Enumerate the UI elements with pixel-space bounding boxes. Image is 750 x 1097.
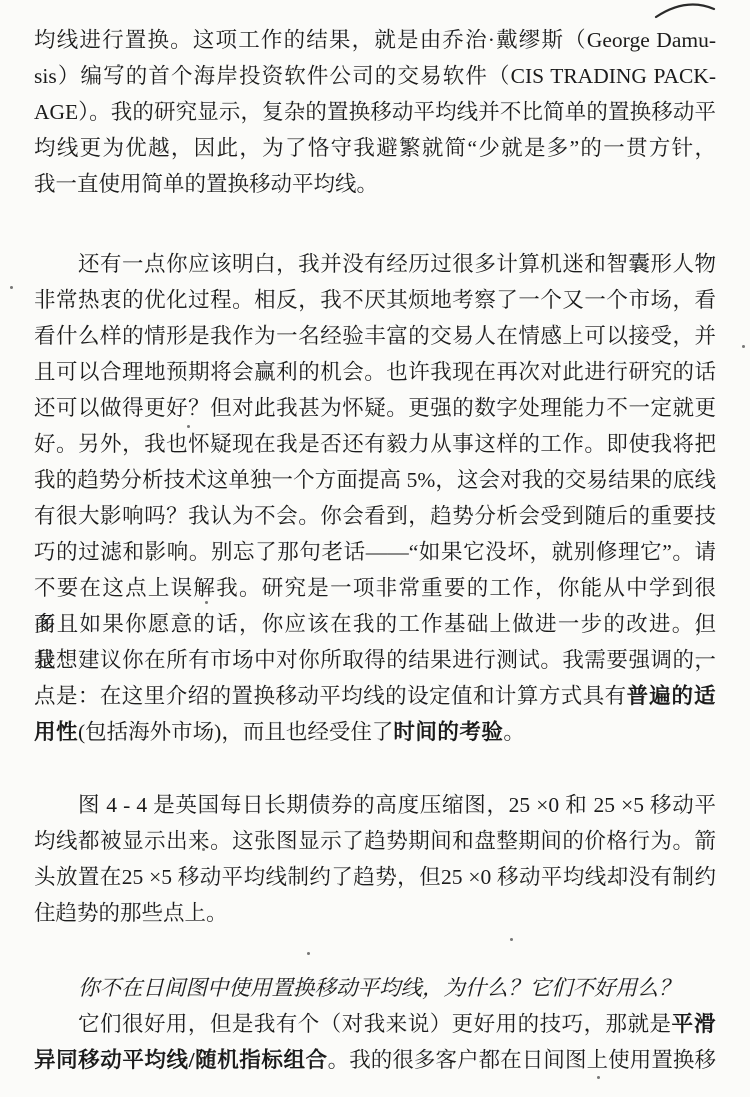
text-line: 好。另外，我也怀疑现在我是否还有毅力从事这样的工作。即使我将把 xyxy=(34,426,716,462)
text-line: 还可以做得更好？但对此我甚为怀疑。更强的数字处理能力不一定就更 xyxy=(34,390,716,426)
text-line: 均线都被显示出来。这张图显示了趋势期间和盘整期间的价格行为。箭 xyxy=(34,823,716,859)
scan-speck xyxy=(202,848,205,851)
text-line: 住趋势的那些点上。 xyxy=(34,895,716,931)
text-line: 均线进行置换。这项工作的结果，就是由乔治·戴缪斯（George Damu- xyxy=(34,22,716,58)
text-line: 巧的过滤和影响。别忘了那句老话——“如果它没坏，就别修理它”。请 xyxy=(34,534,716,570)
text-segment: sis）编写的首个海岸投资软件公司的交易软件（CIS TRADING PACK- xyxy=(34,64,716,88)
page-text: 均线进行置换。这项工作的结果，就是由乔治·戴缪斯（George Damu-sis… xyxy=(0,0,750,1097)
scan-speck xyxy=(187,425,190,428)
text-segment: 头放置在25 ×5 移动平均线制约了趋势，但25 ×0 移动平均线却没有制约 xyxy=(34,865,716,889)
text-line: 均线更为优越，因此，为了恪守我避繁就简“少就是多”的一贯方针， xyxy=(34,130,716,166)
text-line: 非常热衷的优化过程。相反，我不厌其烦地考察了一个又一个市场，看 xyxy=(34,282,716,318)
text-line: 还有一点你应该明白，我并没有经历过很多计算机迷和智囊形人物 xyxy=(34,246,716,282)
scan-speck xyxy=(597,1076,600,1079)
scan-speck xyxy=(205,601,208,604)
text-segment: 且可以合理地预期将会赢利的机会。也许我现在再次对此进行研究的话 xyxy=(34,360,716,384)
scanned-book-page: { "page": { "kind": "scanned-book-page",… xyxy=(0,0,750,1097)
text-segment: 我一直使用简单的置换移动平均线。 xyxy=(34,172,378,196)
pen-mark-artifact xyxy=(652,0,722,22)
text-line: AGE）。我的研究显示，复杂的置换移动平均线并不比简单的置换移动平 xyxy=(34,94,716,130)
text-segment: 好。另外，我也怀疑现在我是否还有毅力从事这样的工作。即使我将把 xyxy=(34,432,716,456)
text-segment: 非常热衷的优化过程。相反，我不厌其烦地考察了一个又一个市场，看 xyxy=(34,288,716,312)
text-segment: 住趋势的那些点上。 xyxy=(34,901,228,925)
text-segment: 还可以做得更好？但对此我甚为怀疑。更强的数字处理能力不一定就更 xyxy=(34,396,716,420)
bold-text-segment: 普遍的适 xyxy=(627,684,716,708)
text-segment: 巧的过滤和影响。别忘了那句老话——“如果它没坏，就别修理它”。请 xyxy=(34,540,716,564)
text-line: 我一直使用简单的置换移动平均线。 xyxy=(34,166,716,202)
text-line: sis）编写的首个海岸投资软件公司的交易软件（CIS TRADING PACK- xyxy=(34,58,716,94)
text-line: 异同移动平均线/随机指标组合。我的很多客户都在日间图上使用置换移 xyxy=(34,1042,716,1078)
text-line: 你不在日间图中使用置换移动平均线，为什么？它们不好用么？ xyxy=(34,970,716,1006)
text-line: 头放置在25 ×5 移动平均线制约了趋势，但25 ×0 移动平均线却没有制约 xyxy=(34,859,716,895)
text-line: 而且如果你愿意的话，你应该在我的工作基础上做进一步的改进。但是， xyxy=(34,606,716,642)
text-segment: AGE）。我的研究显示，复杂的置换移动平均线并不比简单的置换移动平 xyxy=(34,100,716,124)
scan-speck xyxy=(10,286,13,289)
text-segment: 点是：在这里介绍的置换移动平均线的设定值和计算方式具有 xyxy=(34,684,627,708)
text-segment: 图 4 - 4 是英国每日长期债券的高度压缩图，25 ×0 和 25 ×5 移动… xyxy=(78,793,716,817)
text-line: 图 4 - 4 是英国每日长期债券的高度压缩图，25 ×0 和 25 ×5 移动… xyxy=(34,787,716,823)
scan-speck xyxy=(307,952,310,955)
bold-text-segment: 时间的考验 xyxy=(393,720,503,744)
text-line: 我的趋势分析技术这单独一个方面提高 5%，这会对我的交易结果的底线 xyxy=(34,462,716,498)
bold-text-segment: 异同移动平均线/随机指标组合 xyxy=(34,1048,328,1072)
scan-speck xyxy=(356,257,359,260)
text-segment: 。 xyxy=(503,720,525,744)
scan-speck xyxy=(117,64,120,67)
paragraph-5-answer: 它们很好用，但是我有个（对我来说）更好用的技巧，那就是平滑异同移动平均线/随机指… xyxy=(34,1006,716,1078)
text-line: 点是：在这里介绍的置换移动平均线的设定值和计算方式具有普遍的适 xyxy=(34,678,716,714)
text-segment: 我的趋势分析技术这单独一个方面提高 5%，这会对我的交易结果的底线 xyxy=(34,468,716,492)
text-segment: 均线进行置换。这项工作的结果，就是由乔治·戴缪斯（George Damu- xyxy=(34,28,716,52)
text-line: 不要在这点上误解我。研究是一项非常重要的工作，你能从中学到很多， xyxy=(34,570,716,606)
scan-speck xyxy=(510,938,513,941)
text-segment: 看什么样的情形是我作为一名经验丰富的交易人在情感上可以接受，并 xyxy=(34,324,716,348)
text-segment: (包括海外市场)，而且也经受住了 xyxy=(78,720,393,744)
text-segment: 我想建议你在所有市场中对你所取得的结果进行测试。我需要强调的一 xyxy=(34,648,716,672)
paragraph-2: 还有一点你应该明白，我并没有经历过很多计算机迷和智囊形人物非常热衷的优化过程。相… xyxy=(34,246,716,750)
text-line: 且可以合理地预期将会赢利的机会。也许我现在再次对此进行研究的话 xyxy=(34,354,716,390)
paragraph-1: 均线进行置换。这项工作的结果，就是由乔治·戴缪斯（George Damu-sis… xyxy=(34,22,716,202)
text-line: 它们很好用，但是我有个（对我来说）更好用的技巧，那就是平滑 xyxy=(34,1006,716,1042)
text-segment: 均线更为优越，因此，为了恪守我避繁就简“少就是多”的一贯方针， xyxy=(34,136,716,160)
text-line: 看什么样的情形是我作为一名经验丰富的交易人在情感上可以接受，并 xyxy=(34,318,716,354)
text-segment: 。我的很多客户都在日间图上使用置换移 xyxy=(328,1048,716,1072)
text-segment: 还有一点你应该明白，我并没有经历过很多计算机迷和智囊形人物 xyxy=(78,252,716,276)
bold-text-segment: 用性 xyxy=(34,720,78,744)
paragraph-3: 图 4 - 4 是英国每日长期债券的高度压缩图，25 ×0 和 25 ×5 移动… xyxy=(34,787,716,931)
text-segment: 你不在日间图中使用置换移动平均线，为什么？它们不好用么？ xyxy=(78,976,680,1000)
bold-text-segment: 平滑 xyxy=(672,1012,716,1036)
text-segment: 有很大影响吗？我认为不会。你会看到，趋势分析会受到随后的重要技 xyxy=(34,504,716,528)
text-line: 我想建议你在所有市场中对你所取得的结果进行测试。我需要强调的一 xyxy=(34,642,716,678)
text-line: 用性(包括海外市场)，而且也经受住了时间的考验。 xyxy=(34,714,716,750)
scan-speck xyxy=(742,345,745,348)
paragraph-4-question: 你不在日间图中使用置换移动平均线，为什么？它们不好用么？ xyxy=(34,970,716,1006)
text-segment: 它们很好用，但是我有个（对我来说）更好用的技巧，那就是 xyxy=(78,1012,672,1036)
text-line: 有很大影响吗？我认为不会。你会看到，趋势分析会受到随后的重要技 xyxy=(34,498,716,534)
text-segment: 均线都被显示出来。这张图显示了趋势期间和盘整期间的价格行为。箭 xyxy=(34,829,716,853)
